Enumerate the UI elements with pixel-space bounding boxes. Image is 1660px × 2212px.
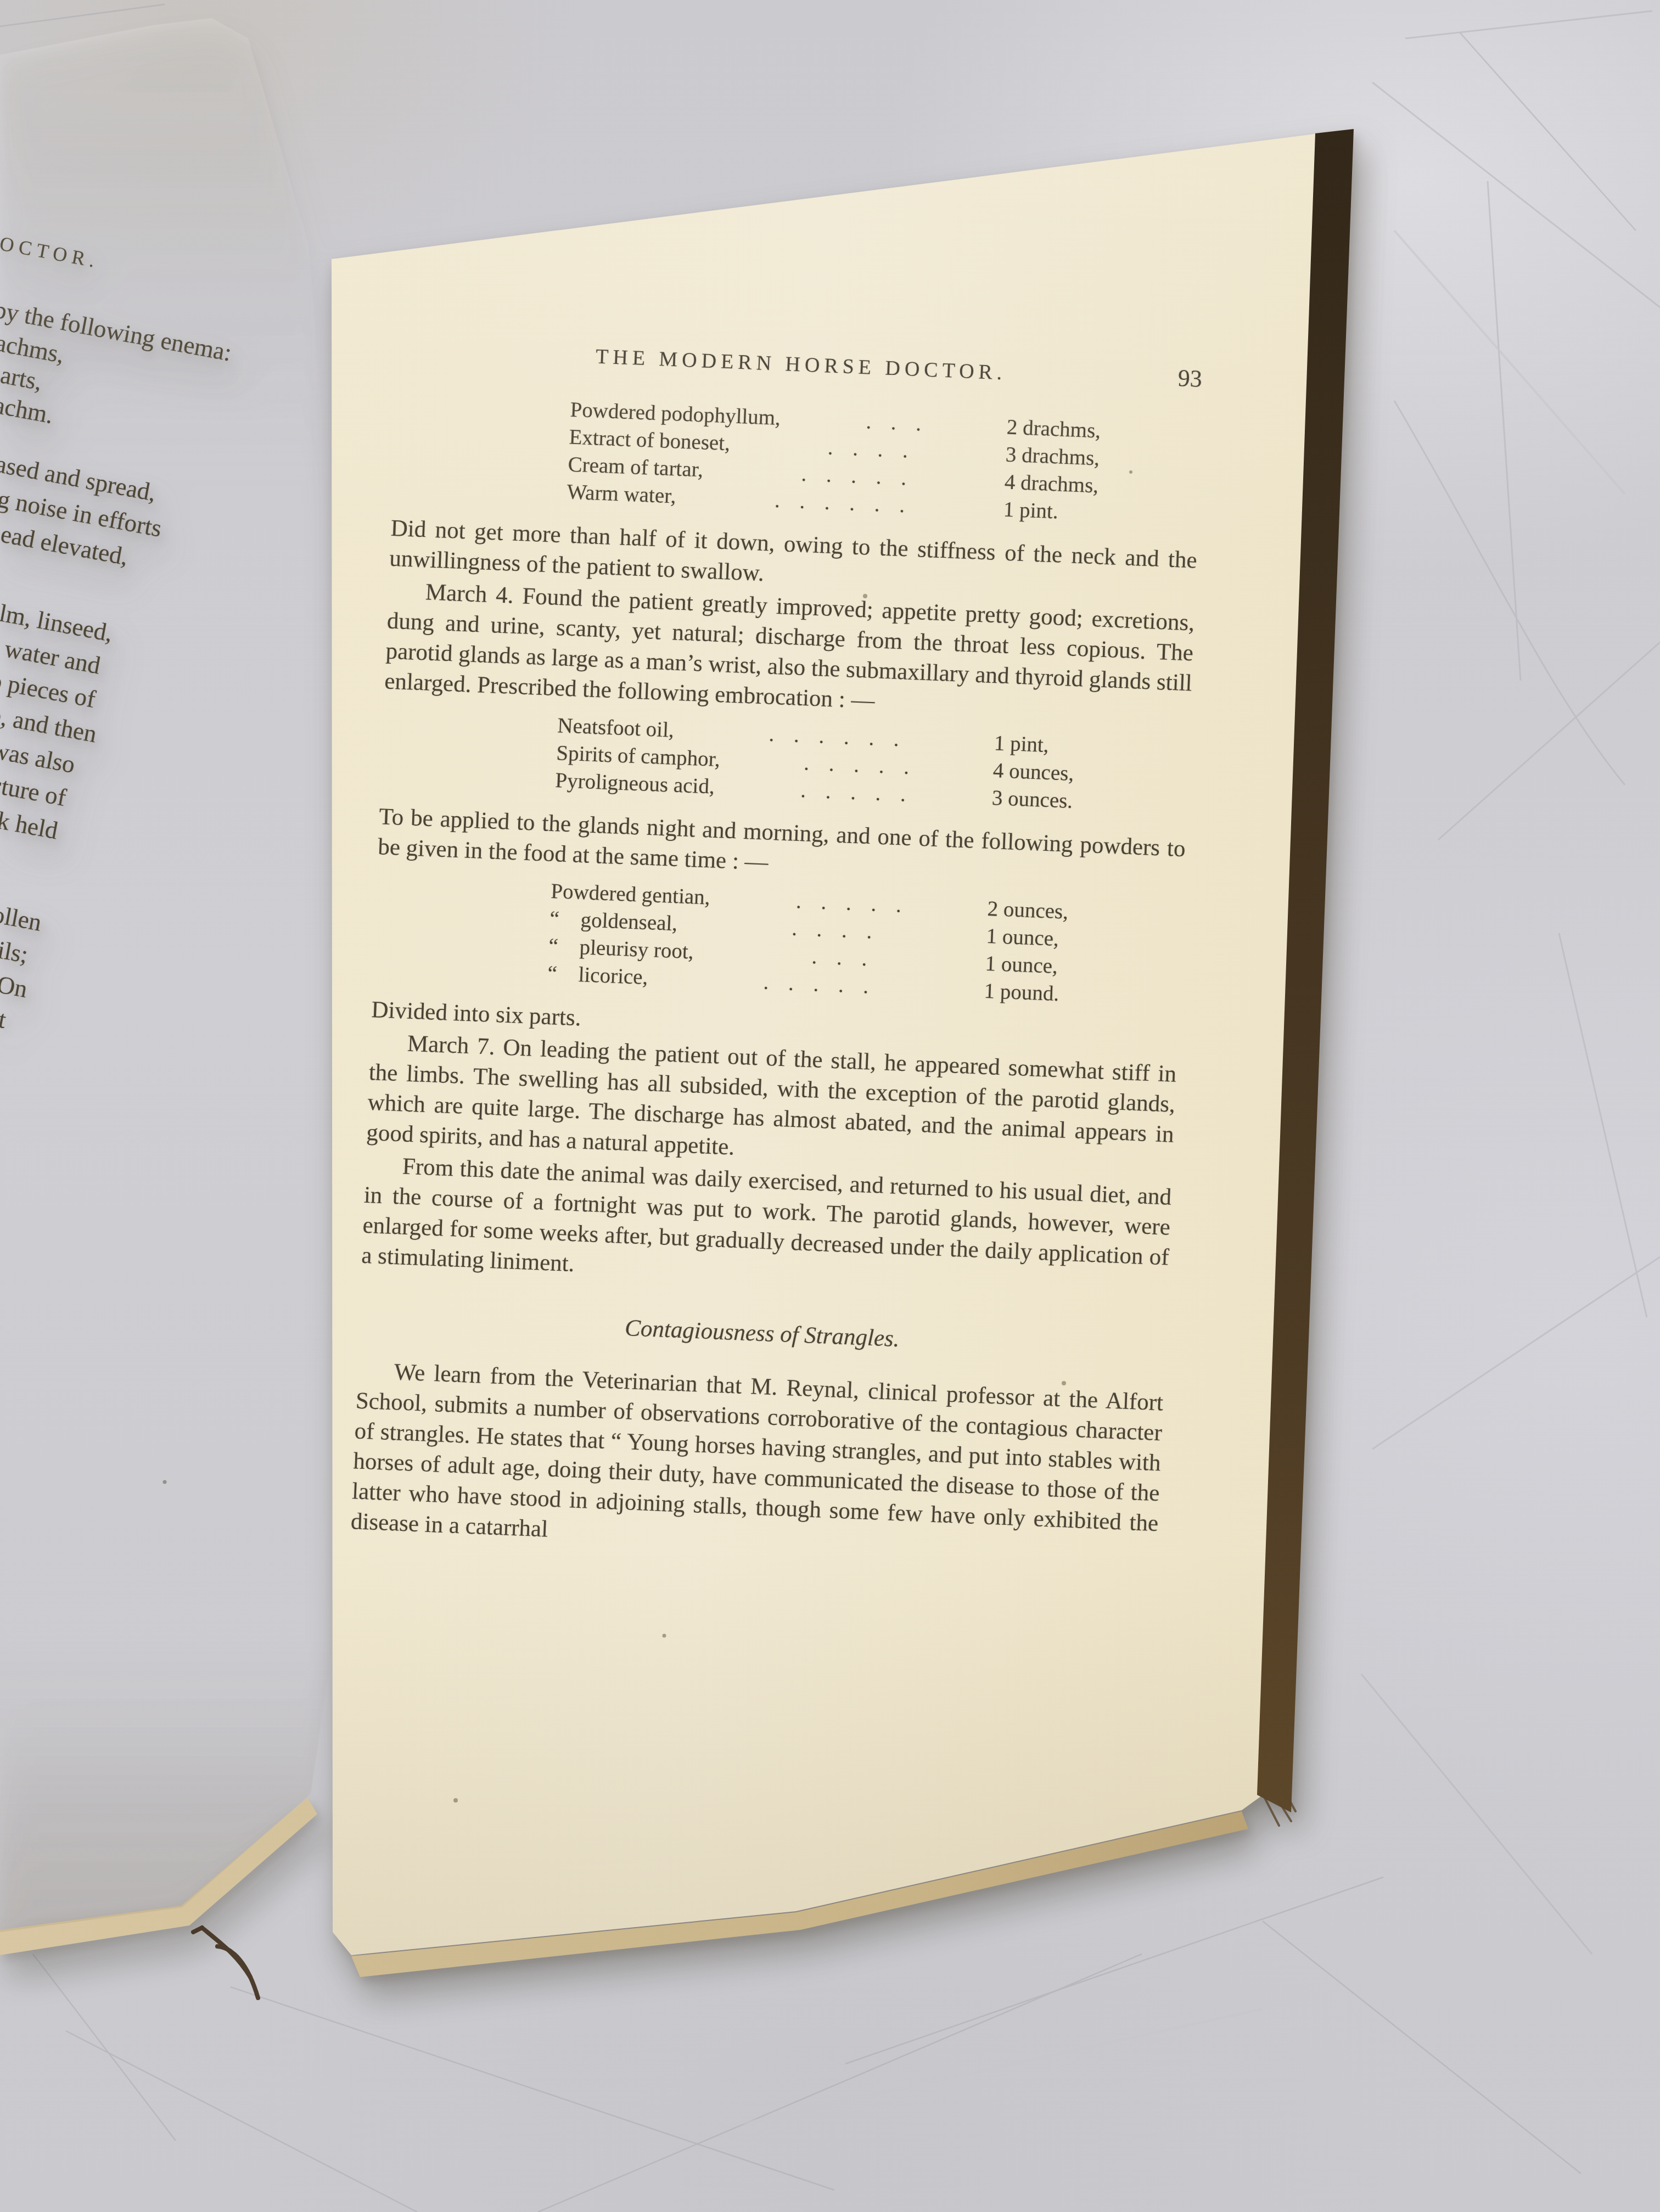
twig-debris xyxy=(202,1928,250,1977)
debris-details xyxy=(0,0,1660,2212)
photo-open-book-scene: { "book": { "left_page": { "running_head… xyxy=(0,0,1660,2212)
